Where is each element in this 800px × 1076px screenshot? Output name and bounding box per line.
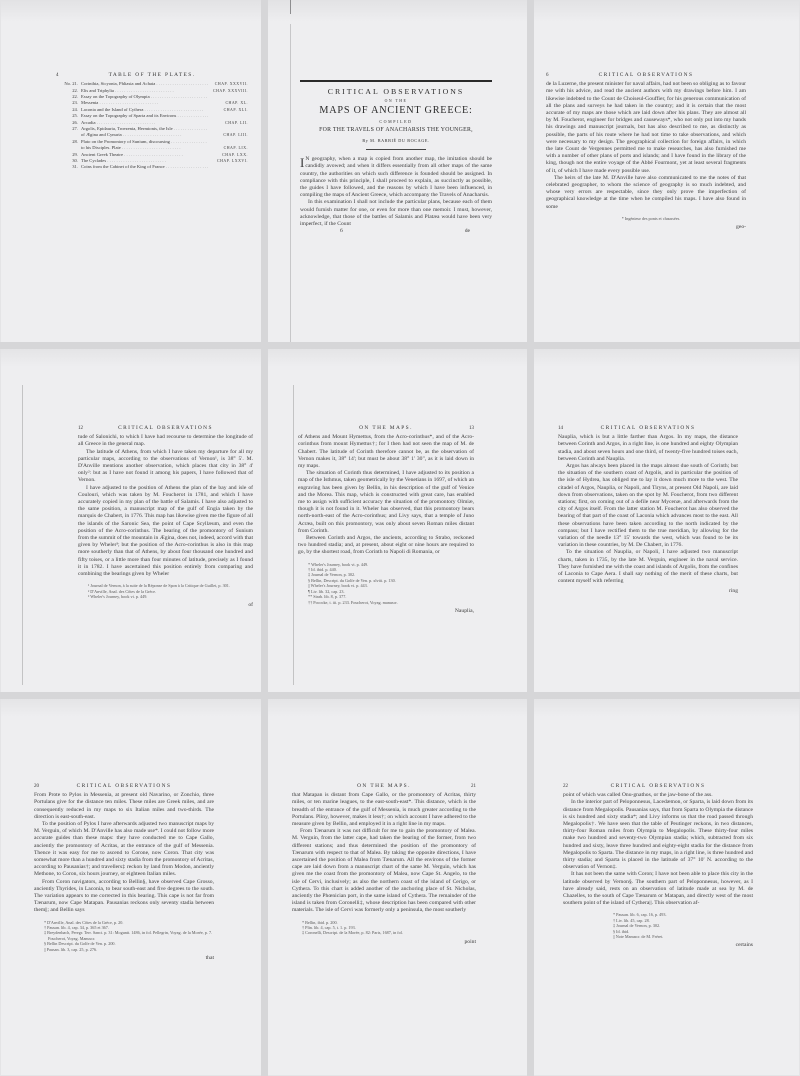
footnote: ¹ Journal de Vernon, à la suite de la Ré… xyxy=(78,583,253,588)
title-block: CRITICAL OBSERVATIONS ON THE MAPS OF ANC… xyxy=(300,88,492,144)
catchword: that xyxy=(34,955,214,962)
page-content: 22 CRITICAL OBSERVATIONS point of which … xyxy=(563,783,753,950)
paragraph: I have adjusted to the position of Athen… xyxy=(78,485,253,579)
footnote: || Pausan. lib. 3, cap. 25, p. 276. xyxy=(34,947,214,952)
running-head: 12 CRITICAL OBSERVATIONS xyxy=(78,425,253,432)
running-title: CRITICAL OBSERVATIONS xyxy=(46,783,202,790)
page-content: 4 TABLE OF THE PLATES. No. 21.Corinthia,… xyxy=(56,72,248,171)
page-content: ON THE MAPS. 13 of Athens and Mount Hyme… xyxy=(298,425,474,615)
footnotes: * Ingénieur des ponts et chaussées. xyxy=(546,216,746,221)
running-head: ON THE MAPS. 13 xyxy=(298,425,474,432)
page-tile-20[interactable]: 20 CRITICAL OBSERVATIONS From Prote to P… xyxy=(0,695,264,1076)
paragraph: tude of Salonichi, to which I have had r… xyxy=(78,434,253,448)
catchword: geo- xyxy=(546,224,746,231)
page-content: 6 CRITICAL OBSERVATIONS de la Luzerne, t… xyxy=(546,72,746,231)
page-number: 20 xyxy=(34,783,46,790)
chapter-ref xyxy=(208,164,248,170)
footnote: ³ Wheler's Journey, book vi. p. 449. xyxy=(78,594,253,599)
toc-row: 31.Coins from the Cabinet of the King of… xyxy=(56,164,248,170)
divider-rule xyxy=(366,149,426,150)
paragraph: The latitude of Athens, from which I hav… xyxy=(78,449,253,485)
page-tile-table-of-plates[interactable]: 4 TABLE OF THE PLATES. No. 21.Corinthia,… xyxy=(0,0,264,345)
page-number: 14 xyxy=(558,425,570,432)
page-number: 13 xyxy=(462,425,474,432)
paragraph: From Coron navigators, according to Bell… xyxy=(34,879,214,915)
page-tile-6[interactable]: 6 CRITICAL OBSERVATIONS de la Luzerne, t… xyxy=(528,0,800,345)
plate-number: 31. xyxy=(56,164,81,170)
running-head: 4 TABLE OF THE PLATES. xyxy=(56,72,248,79)
footnotes: * Pausan. lib. 6, cap. 16, p. 493. † Liv… xyxy=(563,912,753,939)
title-line-1: CRITICAL OBSERVATIONS xyxy=(300,88,492,95)
column-gutter xyxy=(527,0,534,1076)
column-gutter xyxy=(261,0,268,1076)
catchword: point xyxy=(292,939,476,946)
drop-cap: I xyxy=(300,157,304,168)
page-content: ON THE MAPS. 21 that Matapan is distant … xyxy=(292,783,476,946)
running-head: ON THE MAPS. 21 xyxy=(292,783,476,790)
paragraph: From Tænarum it was not difficult for me… xyxy=(292,828,476,914)
page-tile-14[interactable]: 14 CRITICAL OBSERVATIONS Nauplia, which … xyxy=(528,345,800,695)
running-title: CRITICAL OBSERVATIONS xyxy=(575,783,741,790)
catchword: Nauplia, xyxy=(298,608,474,615)
page-tile-22[interactable]: 22 CRITICAL OBSERVATIONS point of which … xyxy=(528,695,800,1076)
page-tile-12[interactable]: 12 CRITICAL OBSERVATIONS tude of Salonic… xyxy=(0,345,264,695)
running-head: 20 CRITICAL OBSERVATIONS xyxy=(34,783,214,790)
catchword: certains xyxy=(563,942,753,949)
running-title: CRITICAL OBSERVATIONS xyxy=(90,425,241,432)
catchword: de xyxy=(465,228,470,235)
paragraph: To the position of Pylos I have afterwar… xyxy=(34,821,214,879)
toc-title: TABLE OF THE PLATES. xyxy=(68,72,236,79)
paragraph: In this examination I shall not include … xyxy=(300,199,492,228)
footnote: * Ingénieur des ponts et chaussées. xyxy=(546,216,746,221)
paragraph: Argos has always been placed in the maps… xyxy=(558,463,738,549)
row-gutter xyxy=(0,692,800,699)
catchword: ring xyxy=(558,588,738,595)
running-title: ON THE MAPS. xyxy=(310,425,462,432)
footnotes: * Bellin, ibid. p. 200. † Plin. lib. 4, … xyxy=(292,920,476,936)
catchword: of xyxy=(78,602,253,609)
page-number: 4 xyxy=(56,72,68,79)
page-number: 22 xyxy=(563,783,575,790)
footnote: ‡ Coronelli, Descript. de la Morée, p. 8… xyxy=(292,930,476,935)
footnote: †† Pococke, t. iii. p. 233. Foucherot, V… xyxy=(298,600,474,605)
running-head: 14 CRITICAL OBSERVATIONS xyxy=(558,425,738,432)
page-edge-line xyxy=(290,24,291,342)
page-content: 14 CRITICAL OBSERVATIONS Nauplia, which … xyxy=(558,425,738,596)
page-number: 6 xyxy=(546,72,558,79)
title-line-3: MAPS OF ANCIENT GREECE: xyxy=(300,107,492,114)
page-edge-line xyxy=(290,0,291,14)
page-content: 20 CRITICAL OBSERVATIONS From Prote to P… xyxy=(34,783,214,962)
running-title: CRITICAL OBSERVATIONS xyxy=(570,425,726,432)
paragraph: Between Corinth and Argos, the ancients,… xyxy=(298,535,474,557)
paragraph: It has not been the same with Coron; I h… xyxy=(563,871,753,907)
paragraph: From Prote to Pylos in Messenia, at pres… xyxy=(34,792,214,821)
title-line-5: FOR THE TRAVELS OF ANACHARSIS THE YOUNGE… xyxy=(300,127,492,134)
paragraph: To the situation of Nauplia, or Napoli, … xyxy=(558,549,738,585)
running-head: 6 CRITICAL OBSERVATIONS xyxy=(546,72,746,79)
signature-mark: 6 xyxy=(340,228,343,235)
page-tile-13[interactable]: ON THE MAPS. 13 of Athens and Mount Hyme… xyxy=(264,345,528,695)
page-edge-line xyxy=(22,385,23,685)
footnote: ‡ Breydenbach, Peregr. Terr. Sanct. p. 3… xyxy=(34,930,214,941)
title-line-2: ON THE xyxy=(300,98,492,105)
paragraph: of Athens and Mount Hymettus, from the A… xyxy=(298,434,474,470)
page-tile-21[interactable]: ON THE MAPS. 21 that Matapan is distant … xyxy=(264,695,528,1076)
paragraph: Nauplia, which is but a little farther t… xyxy=(558,434,738,463)
footnote: || Note Manuscr. de M. Fréret. xyxy=(603,934,753,939)
paragraph: that Matapan is distant from Cape Gallo,… xyxy=(292,792,476,828)
footnotes: * Wheler's Journey, book vi. p. 449. † I… xyxy=(298,562,474,605)
running-title: ON THE MAPS. xyxy=(304,783,464,790)
plate-title: Coins from the Cabinet of the King of Fr… xyxy=(81,164,208,170)
row-gutter xyxy=(0,342,800,349)
toc-list: No. 21.Corinthia, Sicyonia, Phliasia and… xyxy=(56,81,248,171)
footnotes: * D'Anville, Anal. des Côtes de la Grèce… xyxy=(34,920,214,952)
paragraph: IN geography, when a map is copied from … xyxy=(300,156,492,199)
page-number: 12 xyxy=(78,425,90,432)
title-line-4: COMPILED xyxy=(300,118,492,125)
page-content: CRITICAL OBSERVATIONS ON THE MAPS OF ANC… xyxy=(300,80,492,235)
paragraph: The situation of Corinth thus determined… xyxy=(298,470,474,535)
page-grid: 4 TABLE OF THE PLATES. No. 21.Corinthia,… xyxy=(0,0,800,1076)
page-number: 21 xyxy=(464,783,476,790)
paragraph: de la Luzerne, the present minister for … xyxy=(546,81,746,175)
footnotes: ¹ Journal de Vernon, à la suite de la Ré… xyxy=(78,583,253,599)
page-tile-title[interactable]: CRITICAL OBSERVATIONS ON THE MAPS OF ANC… xyxy=(264,0,528,345)
top-rule xyxy=(300,80,492,82)
page-content: 12 CRITICAL OBSERVATIONS tude of Salonic… xyxy=(78,425,253,610)
running-head: 22 CRITICAL OBSERVATIONS xyxy=(563,783,753,790)
running-title: CRITICAL OBSERVATIONS xyxy=(558,72,734,79)
page-edge-line xyxy=(293,385,294,685)
author-line: By M. BARBIÉ DU BOCAGE. xyxy=(300,137,492,144)
paragraph: In the interior part of Peloponnesus, La… xyxy=(563,799,753,871)
paragraph: The heirs of the late M. D'Anville have … xyxy=(546,175,746,211)
signature-line: 6 de xyxy=(300,228,492,235)
